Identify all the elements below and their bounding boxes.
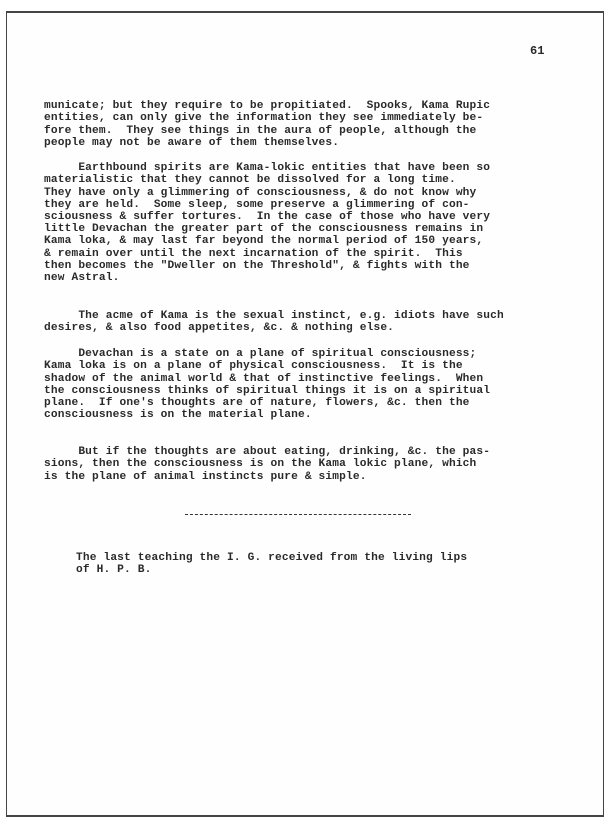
text-line: consciousness is on the material plane. [44,409,490,421]
text-line: Kama loka, & may last far beyond the nor… [44,235,490,247]
paragraph-4: Devachan is a state on a plane of spirit… [44,336,490,434]
text-line: of H. P. B. [76,564,467,576]
page-number: 61 [530,44,544,58]
text-line: The acme of Kama is the sexual instinct,… [44,310,504,322]
text-line: plane. If one's thoughts are of nature, … [44,397,490,409]
text-line: They have only a glimmering of conscious… [44,187,490,199]
text-line: materialistic that they cannot be dissol… [44,174,490,186]
text-line: new Astral. [44,272,490,284]
text-line: people may not be aware of them themselv… [44,137,490,149]
text-line: The last teaching the I. G. received fro… [76,552,467,564]
text-line: is the plane of animal instincts pure & … [44,471,490,483]
text-line: entities, can only give the information … [44,112,490,124]
text-line: sions, then the consciousness is on the … [44,458,490,470]
text-line: Earthbound spirits are Kama-lokic entiti… [44,162,490,174]
text-line: Kama loka is on a plane of physical cons… [44,360,490,372]
text-line: & remain over until the next incarnation… [44,248,490,260]
text-line: sciousness & suffer tortures. In the cas… [44,211,490,223]
text-line: the consciousness thinks of spiritual th… [44,385,490,397]
text-line: But if the thoughts are about eating, dr… [44,446,490,458]
text-line: municate; but they require to be propiti… [44,100,490,112]
section-divider [185,514,411,515]
text-line: desires, & also food appetites, &c. & no… [44,322,504,334]
footnote: The last teaching the I. G. received fro… [76,540,467,589]
text-line: little Devachan the greater part of the … [44,223,490,235]
text-line: shadow of the animal world & that of ins… [44,373,490,385]
text-line: then becomes the "Dweller on the Thresho… [44,260,490,272]
paragraph-5: But if the thoughts are about eating, dr… [44,434,490,495]
paragraph-2: Earthbound spirits are Kama-lokic entiti… [44,150,490,296]
text-line: they are held. Some sleep, some preserve… [44,199,490,211]
text-line: fore them. They see things in the aura o… [44,125,490,137]
text-line: Devachan is a state on a plane of spirit… [44,348,490,360]
